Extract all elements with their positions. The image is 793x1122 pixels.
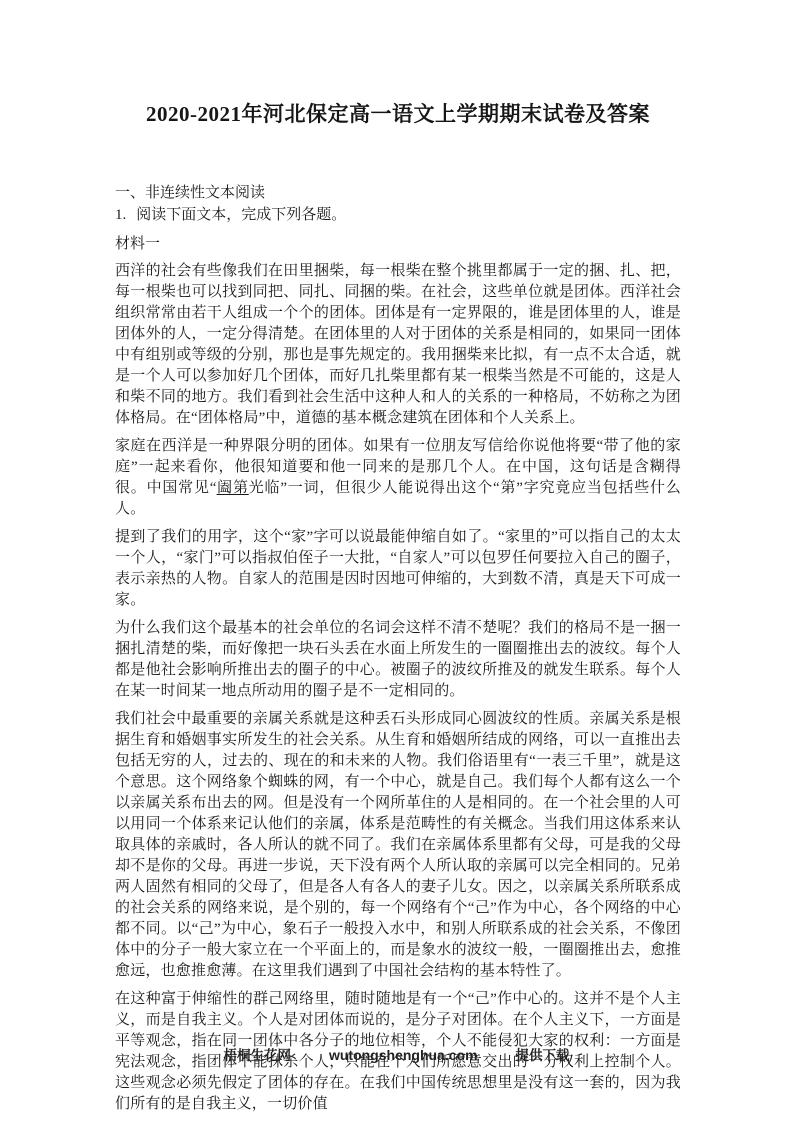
paragraph-text: 为什么我们这个最基本的社会单位的名词会这样不清不楚呢？我们的格局不是一捆一捆扎清… xyxy=(115,620,681,699)
paragraph-text: 西洋的社会有些像我们在田里捆柴，每一根柴在整个挑里都属于一定的捆、扎、把，每一根… xyxy=(115,263,681,426)
question-line: 1.阅读下面文本，完成下列各题。 xyxy=(115,204,681,226)
footer-site-domain: wutongshenghua.com xyxy=(329,1047,478,1063)
paragraph-text: 提到了我们的用字，这个“家”字可以说最能伸缩自如了。“家里的”可以指自己的太太一… xyxy=(115,529,681,608)
document-page: 2020-2021年河北保定高一语文上学期期末试卷及答案 一、非连续性文本阅读 … xyxy=(0,0,793,1122)
material-paragraphs: 西洋的社会有些像我们在田里捆柴，每一根柴在整个挑里都属于一定的捆、扎、把，每一根… xyxy=(115,261,681,1115)
paragraph-text: 我们社会中最重要的亲属关系就是这种丢石头形成同心圆波纹的性质。亲属关系是根据生育… xyxy=(115,711,681,979)
section-heading: 一、非连续性文本阅读 xyxy=(115,182,681,204)
page-footer: 梧桐生花网 wutongshenghua.com 提供下载 xyxy=(0,1044,793,1064)
material-paragraph: 家庭在西洋是一种界限分明的团体。如果有一位朋友写信给你说他将要“带了他的家庭”一… xyxy=(115,436,681,520)
page-title: 2020-2021年河北保定高一语文上学期期末试卷及答案 xyxy=(115,100,681,128)
material-paragraph: 我们社会中最重要的亲属关系就是这种丢石头形成同心圆波纹的性质。亲属关系是根据生育… xyxy=(115,709,681,982)
document-content: 2020-2021年河北保定高一语文上学期期末试卷及答案 一、非连续性文本阅读 … xyxy=(115,0,681,1122)
material-paragraph: 提到了我们的用字，这个“家”字可以说最能伸缩自如了。“家里的”可以指自己的太太一… xyxy=(115,527,681,611)
material-paragraph: 为什么我们这个最基本的社会单位的名词会这样不清不楚呢？我们的格局不是一捆一捆扎清… xyxy=(115,618,681,702)
material-paragraph: 西洋的社会有些像我们在田里捆柴，每一根柴在整个挑里都属于一定的捆、扎、把，每一根… xyxy=(115,261,681,429)
material-label: 材料一 xyxy=(115,233,681,255)
footer-download-label: 提供下载 xyxy=(516,1044,570,1064)
question-text: 阅读下面文本，完成下列各题。 xyxy=(136,207,346,223)
question-number: 1. xyxy=(115,204,126,226)
footer-site-name: 梧桐生花网 xyxy=(223,1044,291,1064)
underlined-term: 阖第 xyxy=(217,480,249,496)
